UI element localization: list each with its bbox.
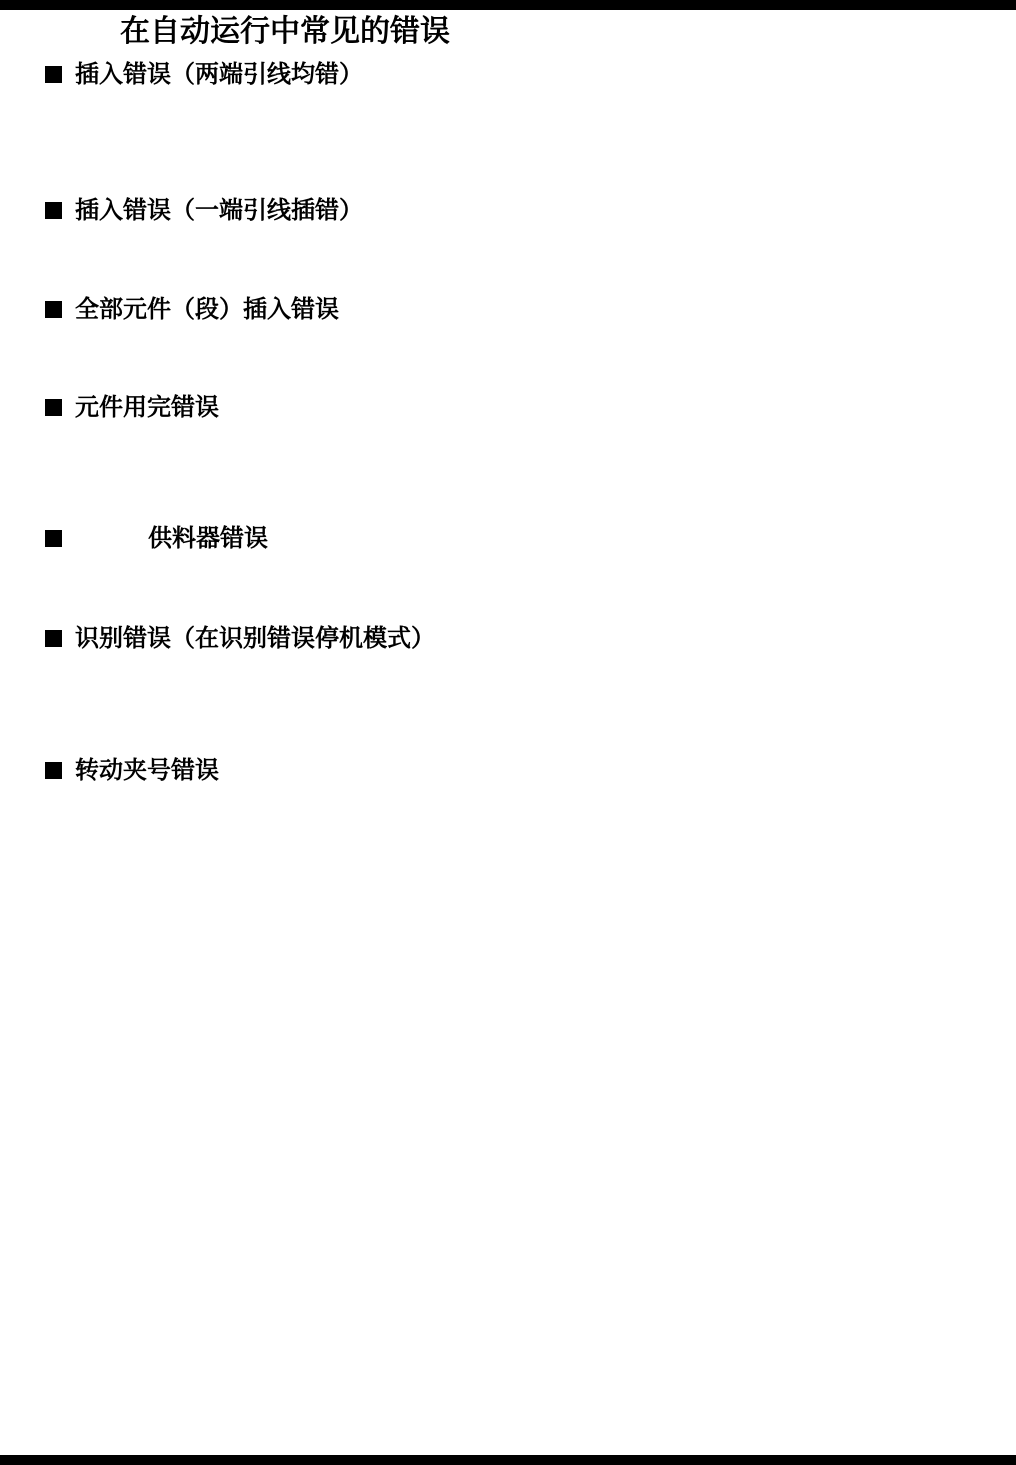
error-item-recognition: 识别错误（在识别错误停机模式）: [45, 624, 435, 652]
error-item-label: 转动夹号错误: [75, 756, 219, 784]
bullet-square-icon: [45, 202, 62, 219]
bullet-square-icon: [45, 66, 62, 83]
error-item-label: 全部元件（段）插入错误: [75, 295, 339, 323]
error-item-all-components-insertion: 全部元件（段）插入错误: [45, 295, 339, 323]
error-item-component-exhausted: 元件用完错误: [45, 393, 219, 421]
error-item-label: 识别错误（在识别错误停机模式）: [75, 624, 435, 652]
page-title: 在自动运行中常见的错误: [120, 16, 450, 48]
error-item-feeder: 供料器错误: [45, 524, 268, 552]
bullet-square-icon: [45, 301, 62, 318]
error-item-rotary-clamp-number: 转动夹号错误: [45, 756, 219, 784]
bullet-square-icon: [45, 530, 62, 547]
bullet-square-icon: [45, 630, 62, 647]
bullet-square-icon: [45, 762, 62, 779]
error-item-insertion-one-lead: 插入错误（一端引线插错）: [45, 196, 363, 224]
error-item-label: 供料器错误: [148, 524, 268, 552]
document-page: 在自动运行中常见的错误 插入错误（两端引线均错） 插入错误（一端引线插错） 全部…: [0, 0, 1016, 1465]
error-item-insertion-both-leads: 插入错误（两端引线均错）: [45, 60, 363, 88]
bottom-border-rule: [0, 1455, 1016, 1465]
bullet-square-icon: [45, 399, 62, 416]
top-border-rule: [0, 0, 1016, 10]
error-item-label: 元件用完错误: [75, 393, 219, 421]
error-item-label: 插入错误（一端引线插错）: [75, 196, 363, 224]
error-item-label: 插入错误（两端引线均错）: [75, 60, 363, 88]
